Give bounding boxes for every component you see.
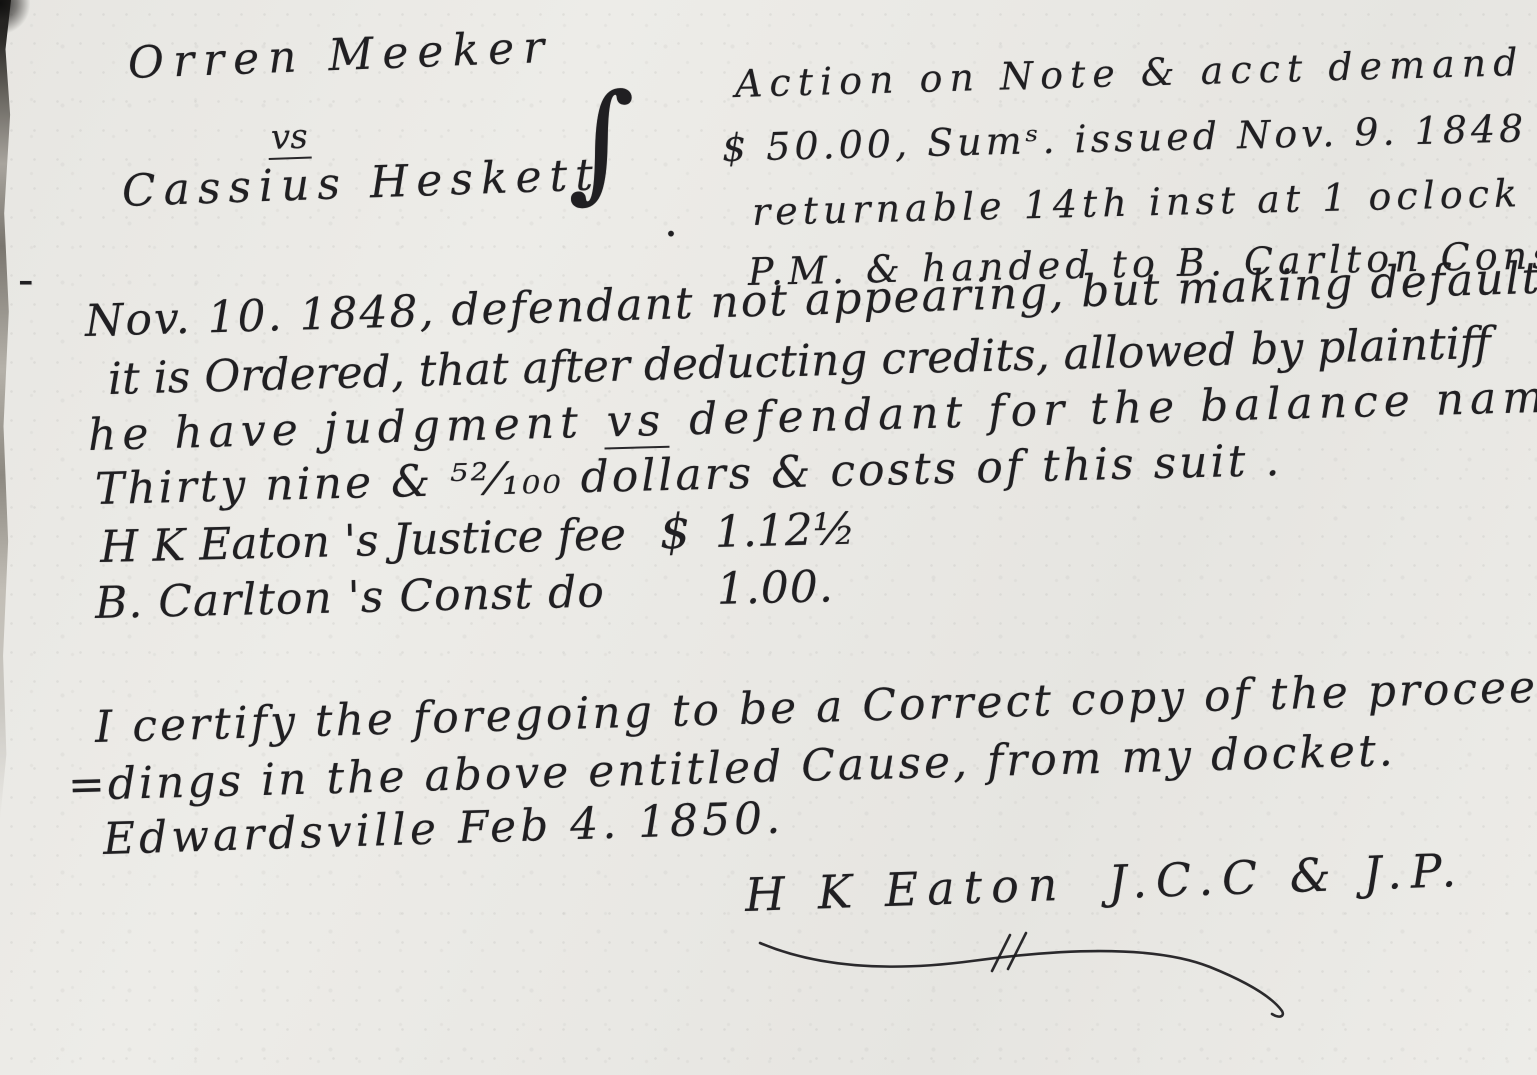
case-brace-glyph: ∫ — [568, 67, 635, 216]
judgment-vs-underlined: vs — [603, 395, 670, 450]
signature-flourish — [742, 915, 1322, 1030]
case-brace-dot: . — [664, 196, 678, 247]
scan-corner-shadow — [0, 0, 30, 34]
signature: H K Eaton J.C.C & J.P. — [744, 843, 1466, 922]
torn-paper-edge — [0, 0, 11, 820]
fee-row-justice: H K Eaton 's Justice fee $ 1.12½ — [99, 509, 626, 573]
fee-currency: $ — [659, 504, 691, 561]
fee-row-constable: B. Carlton 's Const do 1.00. — [94, 566, 605, 629]
versus-label: vs — [267, 117, 311, 158]
defendant-name: Cassius Heskett — [121, 149, 602, 217]
fee-label: H K Eaton 's Justice fee — [99, 509, 626, 573]
judgment-line-3-pre: he have judgment — [87, 397, 584, 461]
versus-text: vs — [267, 117, 311, 160]
signature-title: J.C.C & J.P. — [1107, 843, 1465, 909]
signature-name: H K Eaton — [744, 857, 1067, 922]
plaintiff-name: Orren Meeker — [127, 22, 554, 89]
fee-amount: 1.12½ — [714, 504, 856, 558]
summons-line-1: Action on Note & acct demand — [734, 40, 1525, 106]
document-page: Orren Meeker vs Cassius Heskett ∫ . Acti… — [0, 0, 1537, 1075]
summons-line-2: $ 50.00, Sumˢ. issued Nov. 9. 1848 — [721, 106, 1527, 170]
fee-label: B. Carlton 's Const do — [94, 566, 605, 629]
case-brace: ∫ . — [568, 78, 635, 206]
margin-dash: - — [18, 252, 34, 306]
fee-amount: 1.00. — [716, 561, 834, 615]
summons-line-3: returnable 14th inst at 1 oclock — [751, 171, 1522, 234]
